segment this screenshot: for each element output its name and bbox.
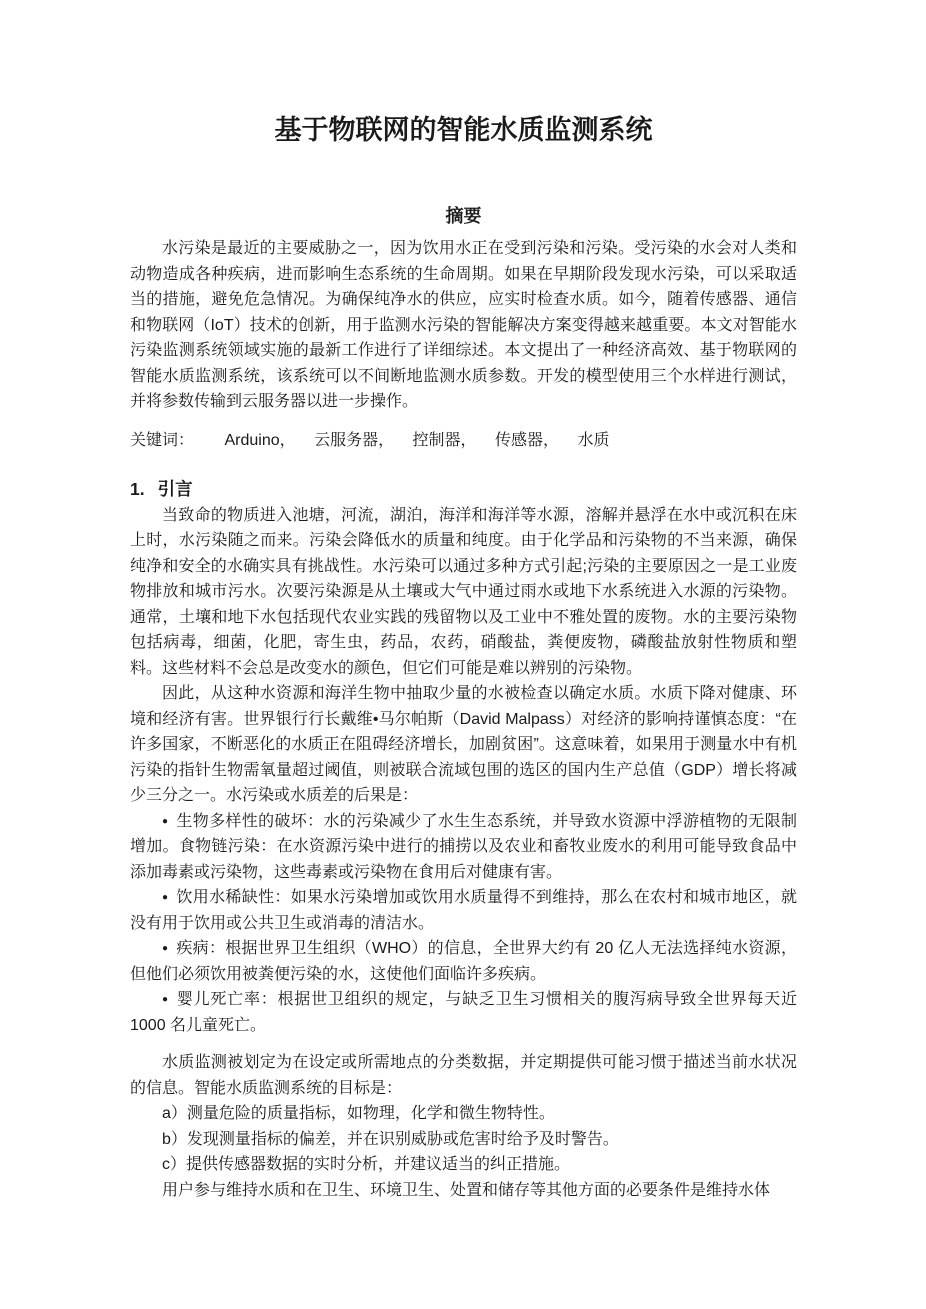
keyword-item: 控制器， — [413, 432, 477, 449]
objective-b: b）发现测量指标的偏差，并在识别威胁或危害时给予及时警告。 — [130, 1127, 797, 1153]
bullet-text: 婴儿死亡率：根据世卫组织的规定，与缺乏卫生习惯相关的腹泻病导致全世界每天近 10… — [130, 991, 797, 1034]
abstract-heading: 摘要 — [130, 204, 797, 228]
intro-paragraph-2: 因此，从这种水资源和海洋生物中抽取少量的水被检查以确定水质。水质下降对健康、环境… — [130, 681, 797, 809]
bullet-item-drinking-water: ●饮用水稀缺性：如果水污染增加或饮用水质量得不到维持，那么在农村和城市地区，就没… — [130, 885, 797, 936]
intro-paragraph-1: 当致命的物质进入池塘，河流，湖泊，海洋和海洋等水源，溶解并悬浮在水中或沉积在床上… — [130, 503, 797, 682]
keyword-item: 水质 — [577, 432, 609, 449]
bullet-icon: ● — [162, 816, 168, 827]
bullet-item-biodiversity: ●生物多样性的破坏：水的污染减少了水生生态系统，并导致水资源中浮游植物的无限制增… — [130, 809, 797, 886]
bullet-icon: ● — [162, 892, 168, 903]
objective-c: c）提供传感器数据的实时分析，并建议适当的纠正措施。 — [130, 1152, 797, 1178]
keyword-item: 传感器， — [495, 432, 559, 449]
keywords-line: 关键词： Arduino， 云服务器， 控制器， 传感器， 水质 — [130, 428, 797, 454]
bullet-text: 疾病：根据世界卫生组织（WHO）的信息，全世界大约有 20 亿人无法选择纯水资源… — [130, 940, 797, 983]
bullet-icon: ● — [162, 994, 169, 1005]
objective-a: a）测量危险的质量指标，如物理，化学和微生物特性。 — [130, 1101, 797, 1127]
bullet-text: 生物多样性的破坏：水的污染减少了水生生态系统，并导致水资源中浮游植物的无限制增加… — [130, 813, 797, 881]
keyword-item: Arduino， — [224, 432, 295, 449]
bullet-item-disease: ●疾病：根据世界卫生组织（WHO）的信息，全世界大约有 20 亿人无法选择纯水资… — [130, 936, 797, 987]
intro-paragraph-4: 用户参与维持水质和在卫生、环境卫生、处置和储存等其他方面的必要条件是维持水体 — [130, 1178, 797, 1204]
paper-title: 基于物联网的智能水质监测系统 — [130, 112, 797, 148]
section-number: 1. — [130, 479, 145, 499]
section-1-heading: 1.引言 — [130, 477, 797, 503]
document-page: 基于物联网的智能水质监测系统 摘要 水污染是最近的主要威胁之一，因为饮用水正在受… — [0, 0, 926, 1309]
intro-paragraph-3: 水质监测被划定为在设定或所需地点的分类数据，并定期提供可能习惯于描述当前水状况的… — [130, 1050, 797, 1101]
section-title: 引言 — [158, 479, 193, 499]
abstract-text: 水污染是最近的主要威胁之一，因为饮用水正在受到污染和污染。受污染的水会对人类和动… — [130, 236, 797, 415]
bullet-item-infant-mortality: ●婴儿死亡率：根据世卫组织的规定，与缺乏卫生习惯相关的腹泻病导致全世界每天近 1… — [130, 987, 797, 1038]
bullet-text: 饮用水稀缺性：如果水污染增加或饮用水质量得不到维持，那么在农村和城市地区，就没有… — [130, 889, 797, 932]
keyword-item: 云服务器， — [314, 432, 394, 449]
bullet-icon: ● — [162, 943, 168, 954]
keywords-label: 关键词： — [130, 432, 194, 449]
